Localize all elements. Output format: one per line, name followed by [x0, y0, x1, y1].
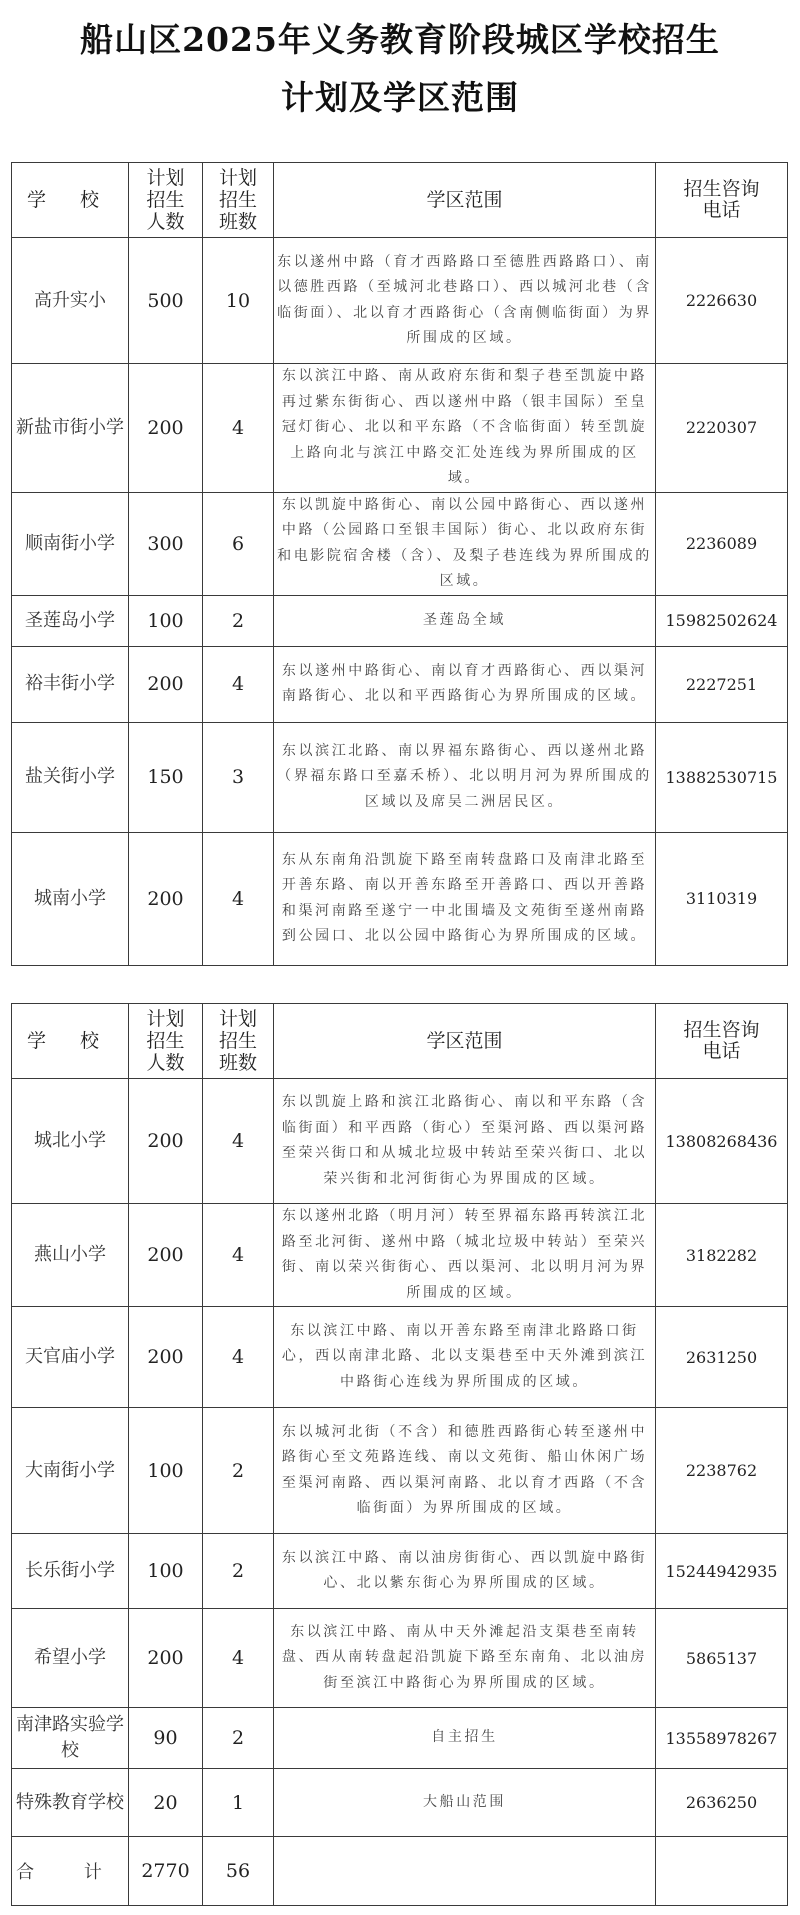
header-text: 招生 [129, 189, 202, 211]
phone-number: 2227251 [656, 646, 788, 722]
planned-classes: 2 [203, 1408, 274, 1534]
total-classes: 56 [203, 1837, 274, 1906]
district-range: 东以滨江中路、南从政府东街和梨子巷至凯旋中路再过紫东街街心、西以遂州中路（银丰国… [274, 364, 656, 493]
planned-classes: 4 [203, 1609, 274, 1708]
school-name: 南津路实验学校 [12, 1708, 129, 1769]
header-school: 学 校 [12, 1004, 129, 1079]
header-phone: 招生咨询 电话 [656, 1004, 788, 1079]
district-range: 东以滨江中路、南以开善东路至南津北路路口街心，西以南津北路、北以支渠巷至中天外滩… [274, 1307, 656, 1408]
phone-number: 15244942935 [656, 1534, 788, 1609]
school-name: 大南街小学 [12, 1408, 129, 1534]
phone-number: 13808268436 [656, 1079, 788, 1204]
phone-number: 3182282 [656, 1204, 788, 1307]
header-text: 招生咨询 [656, 1020, 787, 1041]
table-row: 盐关街小学 150 3 东以滨江北路、南以界福东路街心、西以遂州北路（界福东路口… [12, 722, 788, 832]
header-text: 电话 [656, 1041, 787, 1062]
planned-classes: 4 [203, 646, 274, 722]
table-header-row: 学 校 计划 招生 人数 计划 招生 班数 学区范围 招生咨询 电话 [12, 1004, 788, 1079]
phone-number: 3110319 [656, 832, 788, 965]
planned-students: 90 [129, 1708, 203, 1769]
phone-number: 2238762 [656, 1408, 788, 1534]
header-text: 招生 [129, 1030, 202, 1052]
district-range: 自主招生 [274, 1708, 656, 1769]
planned-students: 100 [129, 1408, 203, 1534]
total-row: 合 计 2770 56 [12, 1837, 788, 1906]
table-row: 顺南街小学 300 6 东以凯旋中路街心、南以公园中路街心、西以遂州中路（公园路… [12, 492, 788, 595]
planned-students: 200 [129, 1079, 203, 1204]
school-name: 高升实小 [12, 238, 129, 364]
district-range: 东从东南角沿凯旋下路至南转盘路口及南津北路至开善东路、南以开善东路至开善路口、西… [274, 832, 656, 965]
header-planned-students: 计划 招生 人数 [129, 1004, 203, 1079]
planned-students: 300 [129, 492, 203, 595]
school-name: 顺南街小学 [12, 492, 129, 595]
header-text: 计划 [129, 167, 202, 189]
header-district-range: 学区范围 [274, 1004, 656, 1079]
table-row: 天官庙小学 200 4 东以滨江中路、南以开善东路至南津北路路口街心，西以南津北… [12, 1307, 788, 1408]
school-name: 新盐市街小学 [12, 364, 129, 493]
table-row: 长乐街小学 100 2 东以滨江中路、南以油房街街心、西以凯旋中路街心、北以紫东… [12, 1534, 788, 1609]
planned-students: 200 [129, 364, 203, 493]
table-row: 城南小学 200 4 东从东南角沿凯旋下路至南转盘路口及南津北路至开善东路、南以… [12, 832, 788, 965]
table-row: 裕丰街小学 200 4 东以遂州中路街心、南以育才西路街心、西以渠河南路街心、北… [12, 646, 788, 722]
total-label: 合 计 [12, 1837, 129, 1906]
header-text: 招生 [203, 1030, 273, 1052]
district-range: 东以凯旋上路和滨江北路街心、南以和平东路（含临街面）和平西路（街心）至渠河路、西… [274, 1079, 656, 1204]
header-text: 计划 [129, 1008, 202, 1030]
header-text: 计划 [203, 167, 273, 189]
phone-number: 15982502624 [656, 595, 788, 646]
header-district-range: 学区范围 [274, 163, 656, 238]
phone-number: 2226630 [656, 238, 788, 364]
planned-students: 20 [129, 1769, 203, 1837]
school-name: 城北小学 [12, 1079, 129, 1204]
school-name: 城南小学 [12, 832, 129, 965]
table-row: 新盐市街小学 200 4 东以滨江中路、南从政府东街和梨子巷至凯旋中路再过紫东街… [12, 364, 788, 493]
phone-number: 13882530715 [656, 722, 788, 832]
planned-classes: 10 [203, 238, 274, 364]
document-title-line2: 计划及学区范围 [0, 72, 800, 119]
school-name: 天官庙小学 [12, 1307, 129, 1408]
district-range: 圣莲岛全域 [274, 595, 656, 646]
phone-number: 2636250 [656, 1769, 788, 1837]
table-row: 大南街小学 100 2 东以城河北街（不含）和德胜西路街心转至遂州中路街心至文苑… [12, 1408, 788, 1534]
total-range-empty [274, 1837, 656, 1906]
header-text: 人数 [129, 211, 202, 233]
planned-classes: 4 [203, 1079, 274, 1204]
total-phone-empty [656, 1837, 788, 1906]
planned-classes: 1 [203, 1769, 274, 1837]
total-students: 2770 [129, 1837, 203, 1906]
planned-classes: 4 [203, 1204, 274, 1307]
header-planned-classes: 计划 招生 班数 [203, 1004, 274, 1079]
school-name: 燕山小学 [12, 1204, 129, 1307]
planned-students: 200 [129, 832, 203, 965]
planned-students: 200 [129, 1609, 203, 1708]
district-range: 东以滨江中路、南从中天外滩起沿支渠巷至南转盘、西从南转盘起沿凯旋下路至东南角、北… [274, 1609, 656, 1708]
planned-classes: 3 [203, 722, 274, 832]
planned-students: 200 [129, 1204, 203, 1307]
header-text: 招生咨询 [656, 179, 787, 200]
table-row: 高升实小 500 10 东以遂州中路（育才西路路口至德胜西路路口）、南以德胜西路… [12, 238, 788, 364]
table-row: 城北小学 200 4 东以凯旋上路和滨江北路街心、南以和平东路（含临街面）和平西… [12, 1079, 788, 1204]
planned-classes: 2 [203, 595, 274, 646]
header-school: 学 校 [12, 163, 129, 238]
table-header-row: 学 校 计划 招生 人数 计划 招生 班数 学区范围 招生咨询 电话 [12, 163, 788, 238]
district-range: 东以城河北街（不含）和德胜西路街心转至遂州中路街心至文苑路连线、南以文苑街、船山… [274, 1408, 656, 1534]
district-range: 东以凯旋中路街心、南以公园中路街心、西以遂州中路（公园路口至银丰国际）街心、北以… [274, 492, 656, 595]
table-row: 圣莲岛小学 100 2 圣莲岛全域 15982502624 [12, 595, 788, 646]
phone-number: 13558978267 [656, 1708, 788, 1769]
district-range: 东以遂州中路（育才西路路口至德胜西路路口）、南以德胜西路（至城河北巷路口）、西以… [274, 238, 656, 364]
planned-students: 200 [129, 1307, 203, 1408]
enrollment-table-1: 学 校 计划 招生 人数 计划 招生 班数 学区范围 招生咨询 电话 高升实小 … [11, 162, 788, 966]
school-name: 裕丰街小学 [12, 646, 129, 722]
planned-students: 150 [129, 722, 203, 832]
planned-students: 100 [129, 595, 203, 646]
phone-number: 5865137 [656, 1609, 788, 1708]
planned-students: 200 [129, 646, 203, 722]
planned-classes: 4 [203, 364, 274, 493]
header-planned-students: 计划 招生 人数 [129, 163, 203, 238]
planned-classes: 2 [203, 1708, 274, 1769]
header-text: 班数 [203, 1052, 273, 1074]
district-range: 大船山范围 [274, 1769, 656, 1837]
header-text: 招生 [203, 189, 273, 211]
header-text: 计划 [203, 1008, 273, 1030]
school-name: 长乐街小学 [12, 1534, 129, 1609]
phone-number: 2631250 [656, 1307, 788, 1408]
planned-classes: 2 [203, 1534, 274, 1609]
table-row: 燕山小学 200 4 东以遂州北路（明月河）转至界福东路再转滨江北路至北河街、遂… [12, 1204, 788, 1307]
planned-students: 500 [129, 238, 203, 364]
district-range: 东以遂州北路（明月河）转至界福东路再转滨江北路至北河街、遂州中路（城北垃圾中转站… [274, 1204, 656, 1307]
planned-classes: 6 [203, 492, 274, 595]
table-row: 希望小学 200 4 东以滨江中路、南从中天外滩起沿支渠巷至南转盘、西从南转盘起… [12, 1609, 788, 1708]
district-range: 东以遂州中路街心、南以育才西路街心、西以渠河南路街心、北以和平西路街心为界所围成… [274, 646, 656, 722]
table-row: 南津路实验学校 90 2 自主招生 13558978267 [12, 1708, 788, 1769]
school-name: 特殊教育学校 [12, 1769, 129, 1837]
planned-classes: 4 [203, 832, 274, 965]
school-name: 盐关街小学 [12, 722, 129, 832]
planned-students: 100 [129, 1534, 203, 1609]
school-name: 圣莲岛小学 [12, 595, 129, 646]
header-text: 人数 [129, 1052, 202, 1074]
district-range: 东以滨江中路、南以油房街街心、西以凯旋中路街心、北以紫东街心为界所围成的区域。 [274, 1534, 656, 1609]
header-planned-classes: 计划 招生 班数 [203, 163, 274, 238]
phone-number: 2220307 [656, 364, 788, 493]
enrollment-table-2: 学 校 计划 招生 人数 计划 招生 班数 学区范围 招生咨询 电话 城北小学 … [11, 1003, 788, 1906]
table-row: 特殊教育学校 20 1 大船山范围 2636250 [12, 1769, 788, 1837]
school-name: 希望小学 [12, 1609, 129, 1708]
planned-classes: 4 [203, 1307, 274, 1408]
header-text: 电话 [656, 200, 787, 221]
phone-number: 2236089 [656, 492, 788, 595]
district-range: 东以滨江北路、南以界福东路街心、西以遂州北路（界福东路口至嘉禾桥）、北以明月河为… [274, 722, 656, 832]
document-title-line1: 船山区2025年义务教育阶段城区学校招生 [0, 14, 800, 61]
header-phone: 招生咨询 电话 [656, 163, 788, 238]
header-text: 班数 [203, 211, 273, 233]
